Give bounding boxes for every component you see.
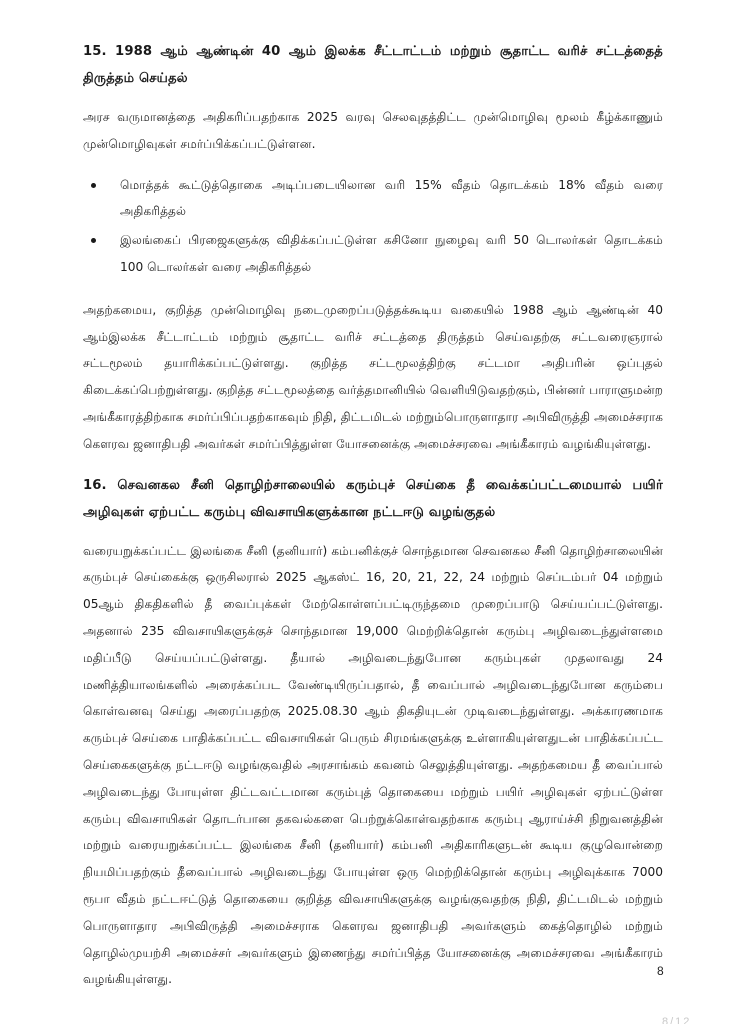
document-page: 15. 1988 ஆம் ஆண்டின் 40 ஆம் இலக்க சீட்டா…: [83, 38, 663, 1007]
page-number: 8: [657, 964, 664, 978]
proposal-list: மொத்தக் கூட்டுத்தொகை அடிப்படையிலான வரி 1…: [83, 172, 663, 281]
list-item: இலங்கைப் பிரஜைகளுக்கு விதிக்கப்பட்டுள்ள …: [83, 227, 663, 281]
list-item-text: மொத்தக் கூட்டுத்தொகை அடிப்படையிலான வரி 1…: [120, 178, 663, 219]
list-item-text: இலங்கைப் பிரஜைகளுக்கு விதிக்கப்பட்டுள்ள …: [120, 233, 663, 274]
section-intro-paragraph: அரச வருமானத்தை அதிகரிப்பதற்காக 2025 வரவு…: [83, 104, 663, 158]
list-item: மொத்தக் கூட்டுத்தொகை அடிப்படையிலான வரி 1…: [83, 172, 663, 226]
section-body-paragraph: வரையறுக்கப்பட்ட இலங்கை சீனி (தனியார்) கம…: [83, 538, 663, 994]
section-15: 15. 1988 ஆம் ஆண்டின் 40 ஆம் இலக்க சீட்டா…: [83, 38, 663, 458]
bullet-icon: [91, 238, 96, 243]
section-heading: 15. 1988 ஆம் ஆண்டின் 40 ஆம் இலக்க சீட்டா…: [83, 38, 663, 92]
page-indicator: 8/12: [662, 1016, 691, 1024]
section-heading: 16. செவனகல சீனி தொழிற்சாலையில் கரும்புச்…: [83, 472, 663, 526]
bullet-icon: [91, 183, 96, 188]
section-body-paragraph: அதற்கமைய, குறித்த முன்மொழிவு நடைமுறைப்பட…: [83, 297, 663, 458]
section-16: 16. செவனகல சீனி தொழிற்சாலையில் கரும்புச்…: [83, 472, 663, 994]
